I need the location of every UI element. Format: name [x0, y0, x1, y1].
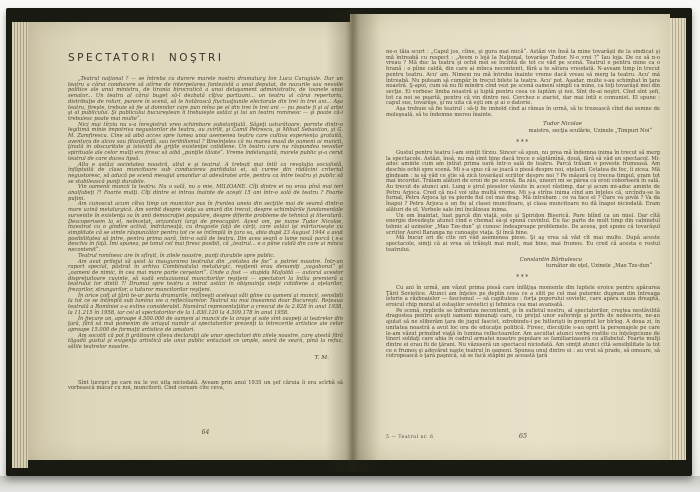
- left-page: SPECTATORI NOŞTRI „Teatrul naţional ? — …: [28, 22, 350, 460]
- paragraph: În fiecare an, aproape 4.500.000 de oame…: [68, 317, 343, 334]
- right-page-footer: 5 — Teatrul nr. 6 65: [386, 432, 660, 440]
- right-page-content: ne-o tăia scurt : „Capul jos, cîine, şi …: [350, 14, 670, 460]
- paragraph: Pe scenă, replicile se înfruntau neconte…: [386, 309, 660, 360]
- paragraph: Vin oamenii muncii la teatru. Nu o sală,…: [68, 185, 343, 202]
- paragraph: Mă bucur ori de cîte ori văd asemenea pi…: [386, 236, 660, 253]
- paragraph: În orice colţ al ţării te-ar purta drumu…: [68, 294, 343, 317]
- paragraph: Alta e astăzi societatea noastră, altul …: [68, 163, 343, 186]
- paragraph: Cu ani în urmă, am văzut prima piesă car…: [386, 286, 660, 309]
- page-edges-right: [670, 18, 686, 460]
- paragraph: Aşa trebuie să fie teatrul : să-ţi fie i…: [386, 107, 660, 118]
- paragraph: „Teatrul naţional ? — se întreba cu dure…: [68, 77, 343, 123]
- paragraph: Am socotit că pot fi grăitoare cîteva de…: [68, 334, 343, 351]
- right-page: ne-o tăia scurt : „Capul jos, cîine, şi …: [350, 14, 670, 460]
- testimonial-start: Sînt lucruri pe care nu le voi uita nici…: [68, 381, 343, 392]
- paragraph: Gustul pentru teatru l-am simţit tîrziu.…: [386, 151, 660, 214]
- signature-role: turnător de oţel, Uzinele „Mao Tze-dun“: [386, 263, 654, 269]
- book-cover: SPECTATORI NOŞTRI „Teatrul naţional ? — …: [6, 8, 692, 476]
- table-surface: [0, 476, 700, 492]
- paragraph: Am avut prilejul să asist la inaugurarea…: [68, 260, 343, 294]
- signature-role: maistru, secţia sculărie, Uzinele „Timpu…: [386, 128, 654, 134]
- paragraph: Am cunoscut acum cîtva timp un muncitor …: [68, 202, 343, 253]
- left-page-content: SPECTATORI NOŞTRI „Teatrul naţional ? — …: [28, 22, 350, 460]
- signature-mark: 5 — Teatrul nr. 6: [386, 435, 434, 440]
- article-title: SPECTATORI NOŞTRI: [68, 52, 343, 64]
- editorial-author-initials: T. M.: [68, 355, 329, 362]
- left-page-number: 64: [68, 429, 343, 436]
- paragraph: Sînt lucruri pe care nu le voi uita nici…: [68, 381, 343, 392]
- section-separator: ***: [386, 274, 660, 281]
- editorial-text: „Teatrul naţional ? — se întreba cu dure…: [68, 77, 343, 351]
- paragraph: Un om înaintat, luat parcă din viaţă, es…: [386, 214, 660, 237]
- paragraph: Nici mai tîrziu nu s-a înregistrat vreo …: [68, 123, 343, 163]
- testimonials-text: ne-o tăia scurt : „Capul jos, cîine, şi …: [386, 50, 660, 360]
- scanned-book-spread: SPECTATORI NOŞTRI „Teatrul naţional ? — …: [0, 0, 700, 492]
- signature-block: Tudor Nicolaemaistru, secţia sculărie, U…: [386, 121, 654, 133]
- paragraph: ne-o tăia scurt : „Capul jos, cîine, şi …: [386, 50, 660, 107]
- signature-block: Constantin Bărbulescuturnător de oţel, U…: [386, 257, 654, 269]
- section-separator: ***: [386, 139, 660, 146]
- page-edges-left: [12, 22, 28, 468]
